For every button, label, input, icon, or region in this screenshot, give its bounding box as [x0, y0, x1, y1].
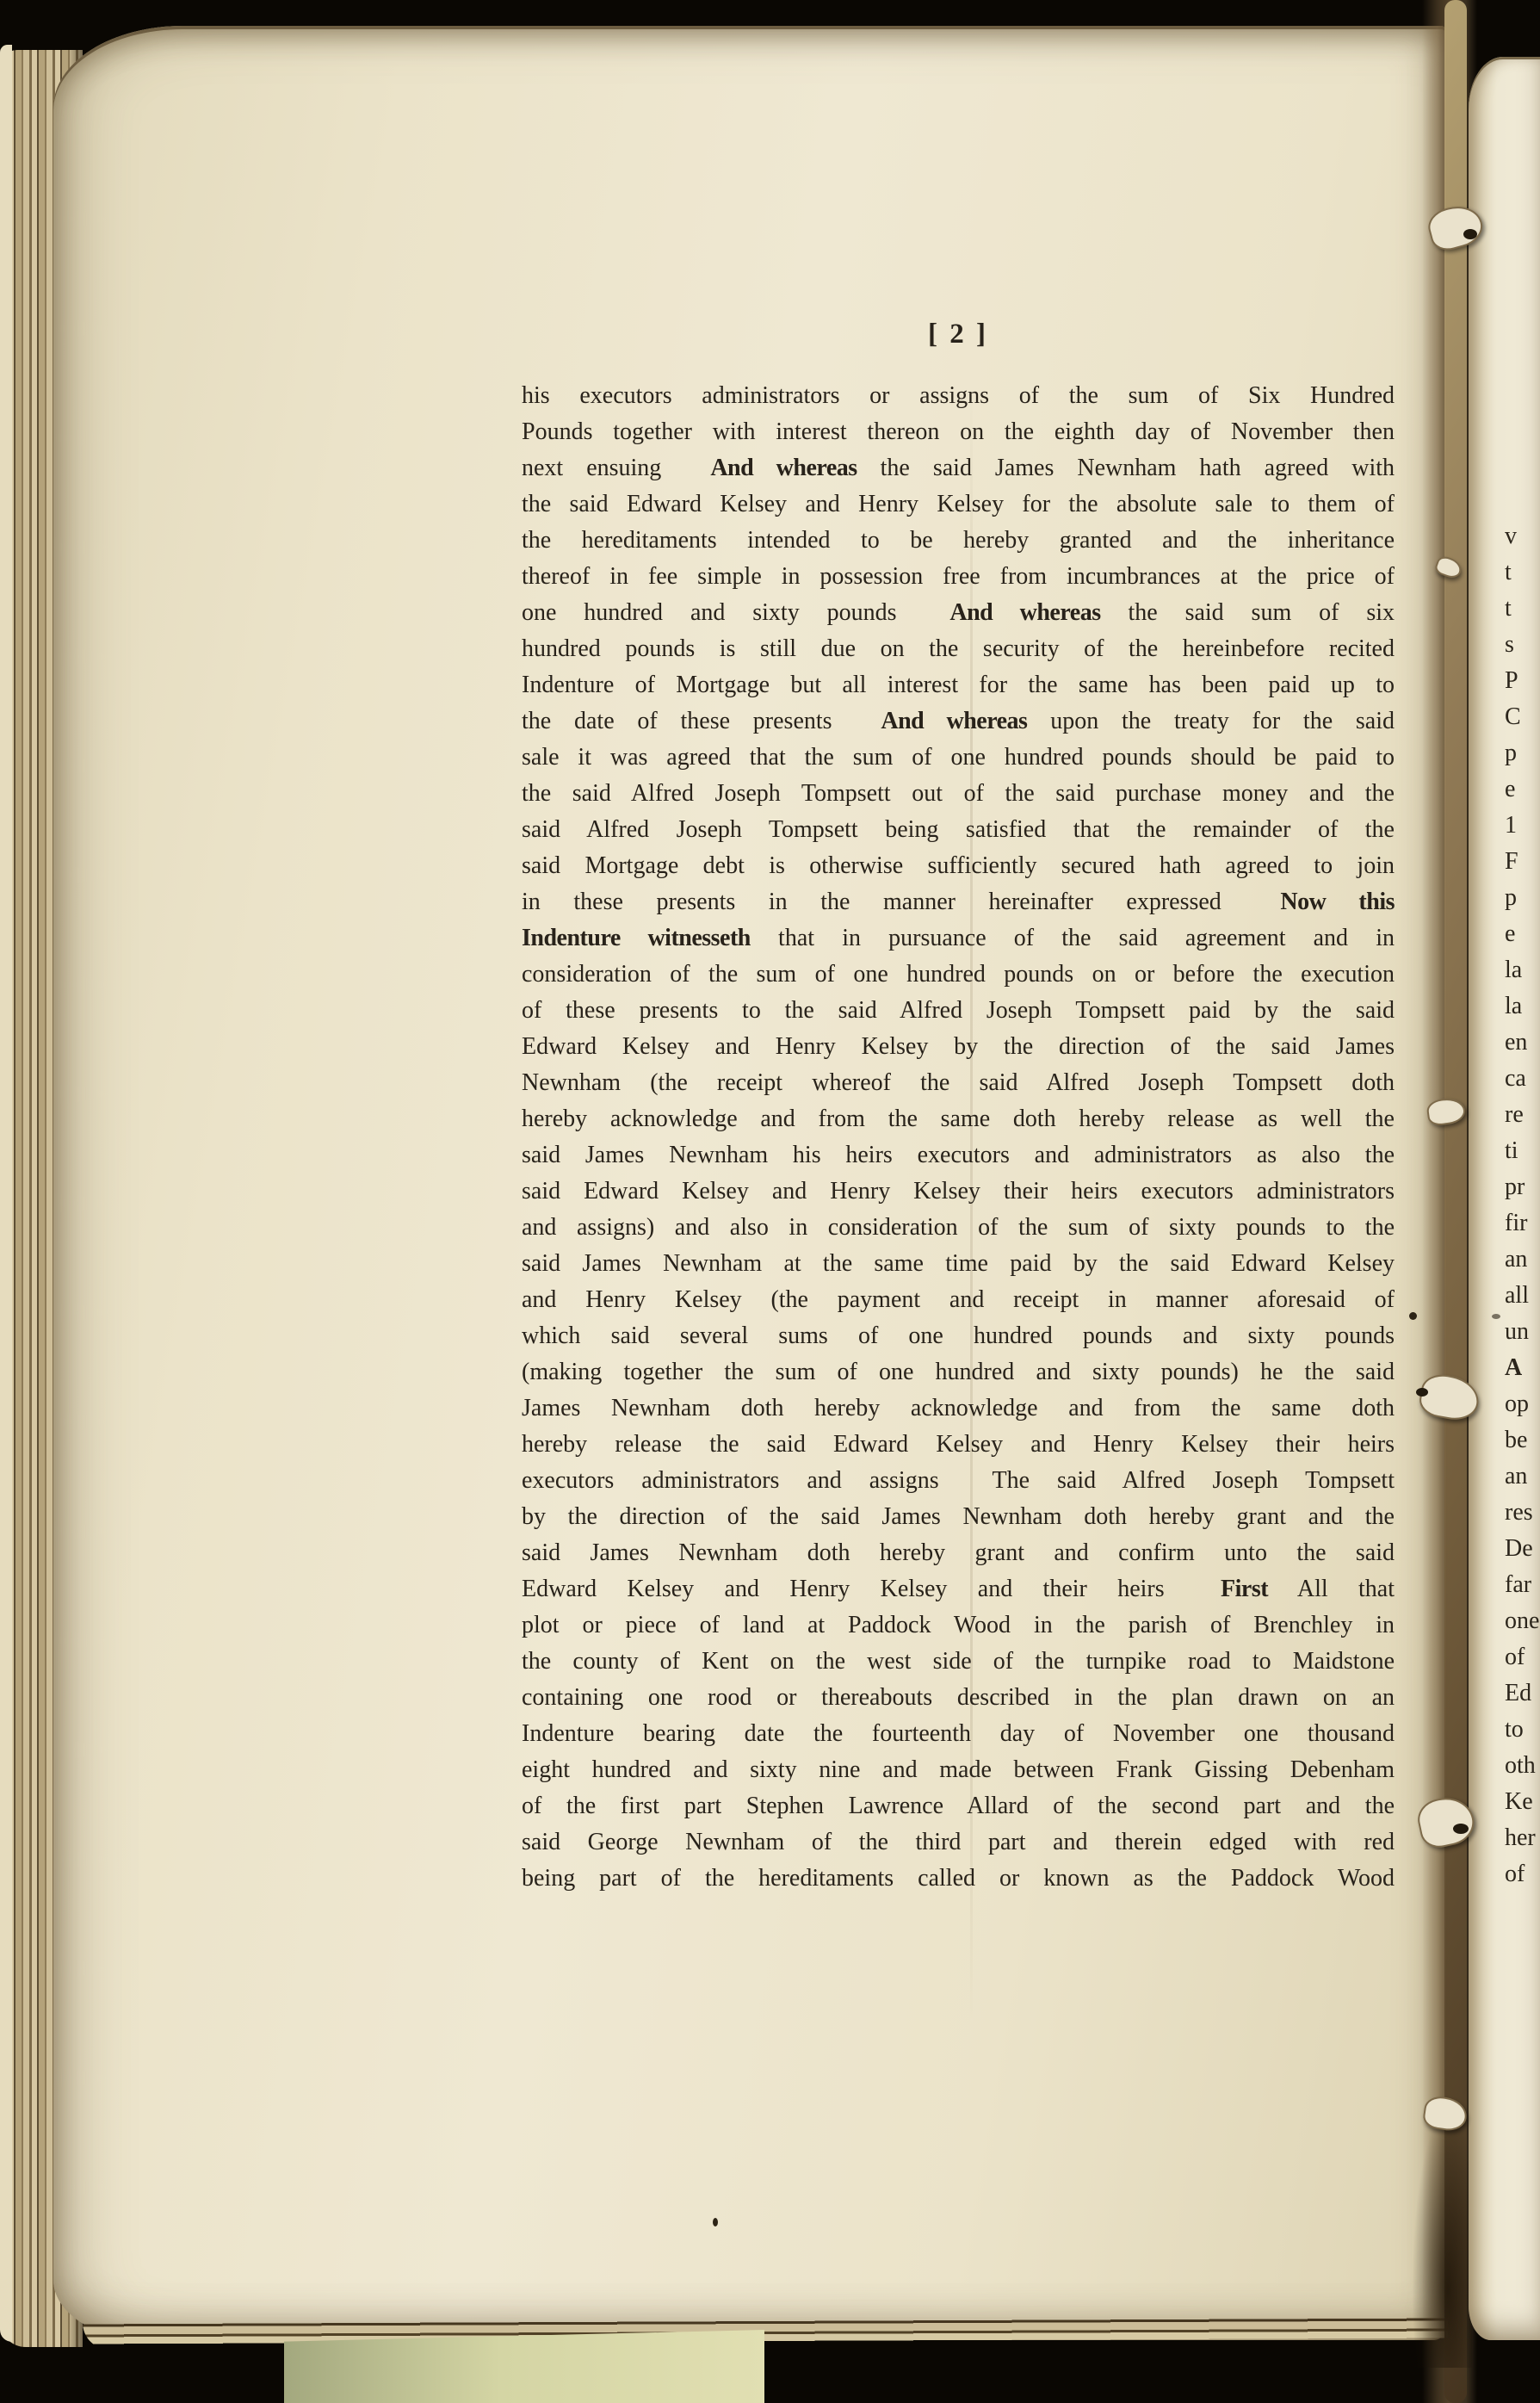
text-line: the said Alfred Joseph Tompsett out of t…	[522, 776, 1395, 812]
text-line: the said Edward Kelsey and Henry Kelsey …	[522, 486, 1395, 523]
text-segment: The said Alfred Joseph Tompsett	[993, 1467, 1395, 1494]
text-line: (making together the sum of one hundred …	[522, 1354, 1395, 1390]
text-line: said James Newnham at the same time paid…	[522, 1246, 1395, 1282]
ink-speck	[713, 2218, 718, 2226]
text-line: the hereditaments intended to be hereby …	[522, 523, 1395, 559]
text-segment: in these presents in the manner hereinaf…	[522, 889, 1221, 915]
facing-page-fragment: res	[1505, 1499, 1533, 1527]
text-segment: and assigns) and also in consideration o…	[522, 1214, 1395, 1241]
text-line: said George Newnham of the third part an…	[522, 1824, 1395, 1861]
text-segment: consideration of the sum of one hundred …	[522, 961, 1395, 988]
text-segment: by the direction of the said James Newnh…	[522, 1503, 1395, 1530]
text-segment: James Newnham doth hereby acknowledge an…	[522, 1395, 1395, 1421]
text-line: next ensuing And whereas the said James …	[522, 450, 1395, 486]
text-line: Indenture of Mortgage but all interest f…	[522, 667, 1395, 703]
blackletter-phrase: And whereas	[881, 708, 1027, 734]
text-segment: All that	[1297, 1576, 1395, 1602]
facing-page-fragment: her	[1505, 1824, 1536, 1852]
facing-page-fragment: of	[1505, 1861, 1525, 1888]
stitch-hole	[1463, 229, 1477, 239]
text-segment: said Mortgage debt is otherwise sufficie…	[522, 852, 1395, 879]
text-line: Newnham (the receipt whereof the said Al…	[522, 1065, 1395, 1101]
text-segment: Newnham (the receipt whereof the said Al…	[522, 1069, 1395, 1096]
stitch-hole	[1416, 1388, 1428, 1397]
text-line: in these presents in the manner hereinaf…	[522, 884, 1395, 920]
facing-page-fragment: s	[1505, 631, 1514, 659]
facing-page-fragment: De	[1505, 1535, 1533, 1563]
text-segment: of these presents to the said Alfred Jos…	[522, 997, 1395, 1024]
text-segment: (making together the sum of one hundred …	[522, 1359, 1395, 1385]
text-segment: plot or piece of land at Paddock Wood in…	[522, 1612, 1395, 1638]
blackletter-phrase: Indenture witnesseth	[522, 925, 751, 951]
facing-page-fragment: ti	[1505, 1137, 1518, 1165]
text-segment: the county of Kent on the west side of t…	[522, 1648, 1395, 1675]
ink-speck	[1492, 1314, 1500, 1319]
text-segment: Edward Kelsey and Henry Kelsey by the di…	[522, 1033, 1395, 1060]
text-segment: said Alfred Joseph Tompsett being satisf…	[522, 816, 1395, 843]
text-line: of these presents to the said Alfred Jos…	[522, 993, 1395, 1029]
binding-shadow	[1412, 2109, 1472, 2368]
text-line: said James Newnham his heirs executors a…	[522, 1137, 1395, 1174]
text-segment: that in pursuance of the said agreement …	[778, 925, 1395, 951]
facing-page-fragment: re	[1505, 1101, 1524, 1129]
text-segment: thereof in fee simple in possession free…	[522, 563, 1395, 590]
text-segment: said Edward Kelsey and Henry Kelsey thei…	[522, 1178, 1395, 1205]
blackletter-phrase: And whereas	[710, 455, 857, 481]
text-segment: Indenture bearing date the fourteenth da…	[522, 1720, 1395, 1747]
facing-page-fragment: fir	[1505, 1210, 1527, 1237]
blackletter-phrase: First	[1221, 1576, 1268, 1602]
facing-page-fragment: be	[1505, 1427, 1527, 1454]
blackletter-phrase: Now this	[1280, 889, 1395, 915]
text-segment: said James Newnham his heirs executors a…	[522, 1142, 1395, 1168]
text-line: one hundred and sixty pounds And whereas…	[522, 595, 1395, 631]
text-segment: hundred pounds is still due on the secur…	[522, 635, 1395, 662]
facing-page-fragment: Ed	[1505, 1680, 1531, 1707]
facing-page-fragment: op	[1505, 1390, 1529, 1418]
text-segment: containing one rood or thereabouts descr…	[522, 1684, 1395, 1711]
text-segment: Pounds together with interest thereon on…	[522, 418, 1395, 445]
facing-page-fragment: pr	[1505, 1174, 1525, 1201]
facing-page-fragment: en	[1505, 1029, 1527, 1056]
text-line: of the first part Stephen Lawrence Allar…	[522, 1788, 1395, 1824]
text-line: said Edward Kelsey and Henry Kelsey thei…	[522, 1174, 1395, 1210]
text-line: by the direction of the said James Newnh…	[522, 1499, 1395, 1535]
facing-page-fragment: e	[1505, 920, 1515, 948]
text-segment: next ensuing	[522, 455, 661, 481]
text-line: and assigns) and also in consideration o…	[522, 1210, 1395, 1246]
text-line: executors administrators and assigns The…	[522, 1463, 1395, 1499]
text-segment: said George Newnham of the third part an…	[522, 1829, 1395, 1855]
facing-page-fragment: an	[1505, 1463, 1527, 1490]
facing-page-fragment: e	[1505, 776, 1515, 803]
body-text: his executors administrators or assigns …	[522, 378, 1395, 1897]
facing-page-fragment: all	[1505, 1282, 1529, 1310]
text-line: being part of the hereditaments called o…	[522, 1861, 1395, 1897]
facing-page-fragment: far	[1505, 1571, 1531, 1599]
facing-page-fragment: t	[1505, 559, 1512, 586]
facing-page-fragment: p	[1505, 884, 1517, 912]
facing-page-fragment: A	[1505, 1354, 1522, 1382]
text-segment: the said Edward Kelsey and Henry Kelsey …	[522, 491, 1395, 517]
facing-page-fragment: la	[1505, 993, 1522, 1020]
text-segment: his executors administrators or assigns …	[522, 382, 1395, 409]
text-line: said Mortgage debt is otherwise sufficie…	[522, 848, 1395, 884]
facing-page-fragment: C	[1505, 703, 1521, 731]
text-segment: the said Alfred Joseph Tompsett out of t…	[522, 780, 1395, 807]
facing-page-fragment: 1	[1505, 812, 1517, 839]
text-segment: Edward Kelsey and Henry Kelsey and their…	[522, 1576, 1165, 1602]
facing-page-fragment: P	[1505, 667, 1518, 695]
text-line: his executors administrators or assigns …	[522, 378, 1395, 414]
text-line: Indenture bearing date the fourteenth da…	[522, 1716, 1395, 1752]
facing-page-fragment: an	[1505, 1246, 1527, 1273]
facing-page-fragment: oth	[1505, 1752, 1536, 1780]
page-number: [ 2 ]	[522, 319, 1395, 350]
text-segment: which said several sums of one hundred p…	[522, 1322, 1395, 1349]
text-line: sale it was agreed that the sum of one h…	[522, 740, 1395, 776]
text-line: and Henry Kelsey (the payment and receip…	[522, 1282, 1395, 1318]
text-line: hereby acknowledge and from the same dot…	[522, 1101, 1395, 1137]
text-segment: hereby release the said Edward Kelsey an…	[522, 1431, 1395, 1458]
text-segment: the said sum of six	[1128, 599, 1395, 626]
text-segment: and Henry Kelsey (the payment and receip…	[522, 1286, 1395, 1313]
text-line: hereby release the said Edward Kelsey an…	[522, 1427, 1395, 1463]
facing-page-fragment: Ke	[1505, 1788, 1533, 1816]
text-segment: the hereditaments intended to be hereby …	[522, 527, 1395, 554]
facing-page-fragment: of	[1505, 1644, 1525, 1671]
blackletter-phrase: And whereas	[949, 599, 1100, 626]
text-segment: sale it was agreed that the sum of one h…	[522, 744, 1395, 771]
text-line: Edward Kelsey and Henry Kelsey and their…	[522, 1571, 1395, 1607]
ink-speck	[1409, 1312, 1417, 1320]
facing-page-fragment: ca	[1505, 1065, 1526, 1093]
text-segment: said James Newnham doth hereby grant and…	[522, 1539, 1395, 1566]
text-line: containing one rood or thereabouts descr…	[522, 1680, 1395, 1716]
facing-page-fragment: v	[1505, 523, 1517, 550]
facing-page-fragment: t	[1505, 595, 1512, 622]
text-line: James Newnham doth hereby acknowledge an…	[522, 1390, 1395, 1427]
facing-page-fragment: to	[1505, 1716, 1524, 1743]
facing-page-fragment: F	[1505, 848, 1518, 876]
text-segment: said James Newnham at the same time paid…	[522, 1250, 1395, 1277]
text-line: the county of Kent on the west side of t…	[522, 1644, 1395, 1680]
text-line: said James Newnham doth hereby grant and…	[522, 1535, 1395, 1571]
text-segment: executors administrators and assigns	[522, 1467, 939, 1494]
text-line: plot or piece of land at Paddock Wood in…	[522, 1607, 1395, 1644]
book-photo: [ 2 ] his executors administrators or as…	[0, 0, 1540, 2403]
facing-page-fragment: p	[1505, 740, 1517, 767]
text-segment: the said James Newnham hath agreed with	[881, 455, 1395, 481]
text-segment: the date of these presents	[522, 708, 832, 734]
binding-gutter-core	[1444, 0, 1467, 2403]
facing-page-fragment: la	[1505, 957, 1522, 984]
text-line: Pounds together with interest thereon on…	[522, 414, 1395, 450]
text-segment: of the first part Stephen Lawrence Allar…	[522, 1793, 1395, 1819]
text-line: said Alfred Joseph Tompsett being satisf…	[522, 812, 1395, 848]
bottom-surface	[284, 2330, 764, 2403]
text-line: consideration of the sum of one hundred …	[522, 957, 1395, 993]
text-line: eight hundred and sixty nine and made be…	[522, 1752, 1395, 1788]
facing-page-fragment: one	[1505, 1607, 1539, 1635]
text-segment: one hundred and sixty pounds	[522, 599, 896, 626]
text-line: hundred pounds is still due on the secur…	[522, 631, 1395, 667]
text-line: the date of these presents And whereas u…	[522, 703, 1395, 740]
text-segment: Indenture of Mortgage but all interest f…	[522, 672, 1395, 698]
text-segment: being part of the hereditaments called o…	[522, 1865, 1395, 1892]
stitch-hole	[1453, 1824, 1469, 1834]
text-segment: hereby acknowledge and from the same dot…	[522, 1106, 1395, 1132]
text-line: thereof in fee simple in possession free…	[522, 559, 1395, 595]
text-segment: eight hundred and sixty nine and made be…	[522, 1756, 1395, 1783]
text-line: which said several sums of one hundred p…	[522, 1318, 1395, 1354]
text-segment: upon the treaty for the said	[1050, 708, 1395, 734]
text-line: Edward Kelsey and Henry Kelsey by the di…	[522, 1029, 1395, 1065]
text-line: Indenture witnesseth that in pursuance o…	[522, 920, 1395, 957]
facing-page-fragment: un	[1505, 1318, 1529, 1346]
